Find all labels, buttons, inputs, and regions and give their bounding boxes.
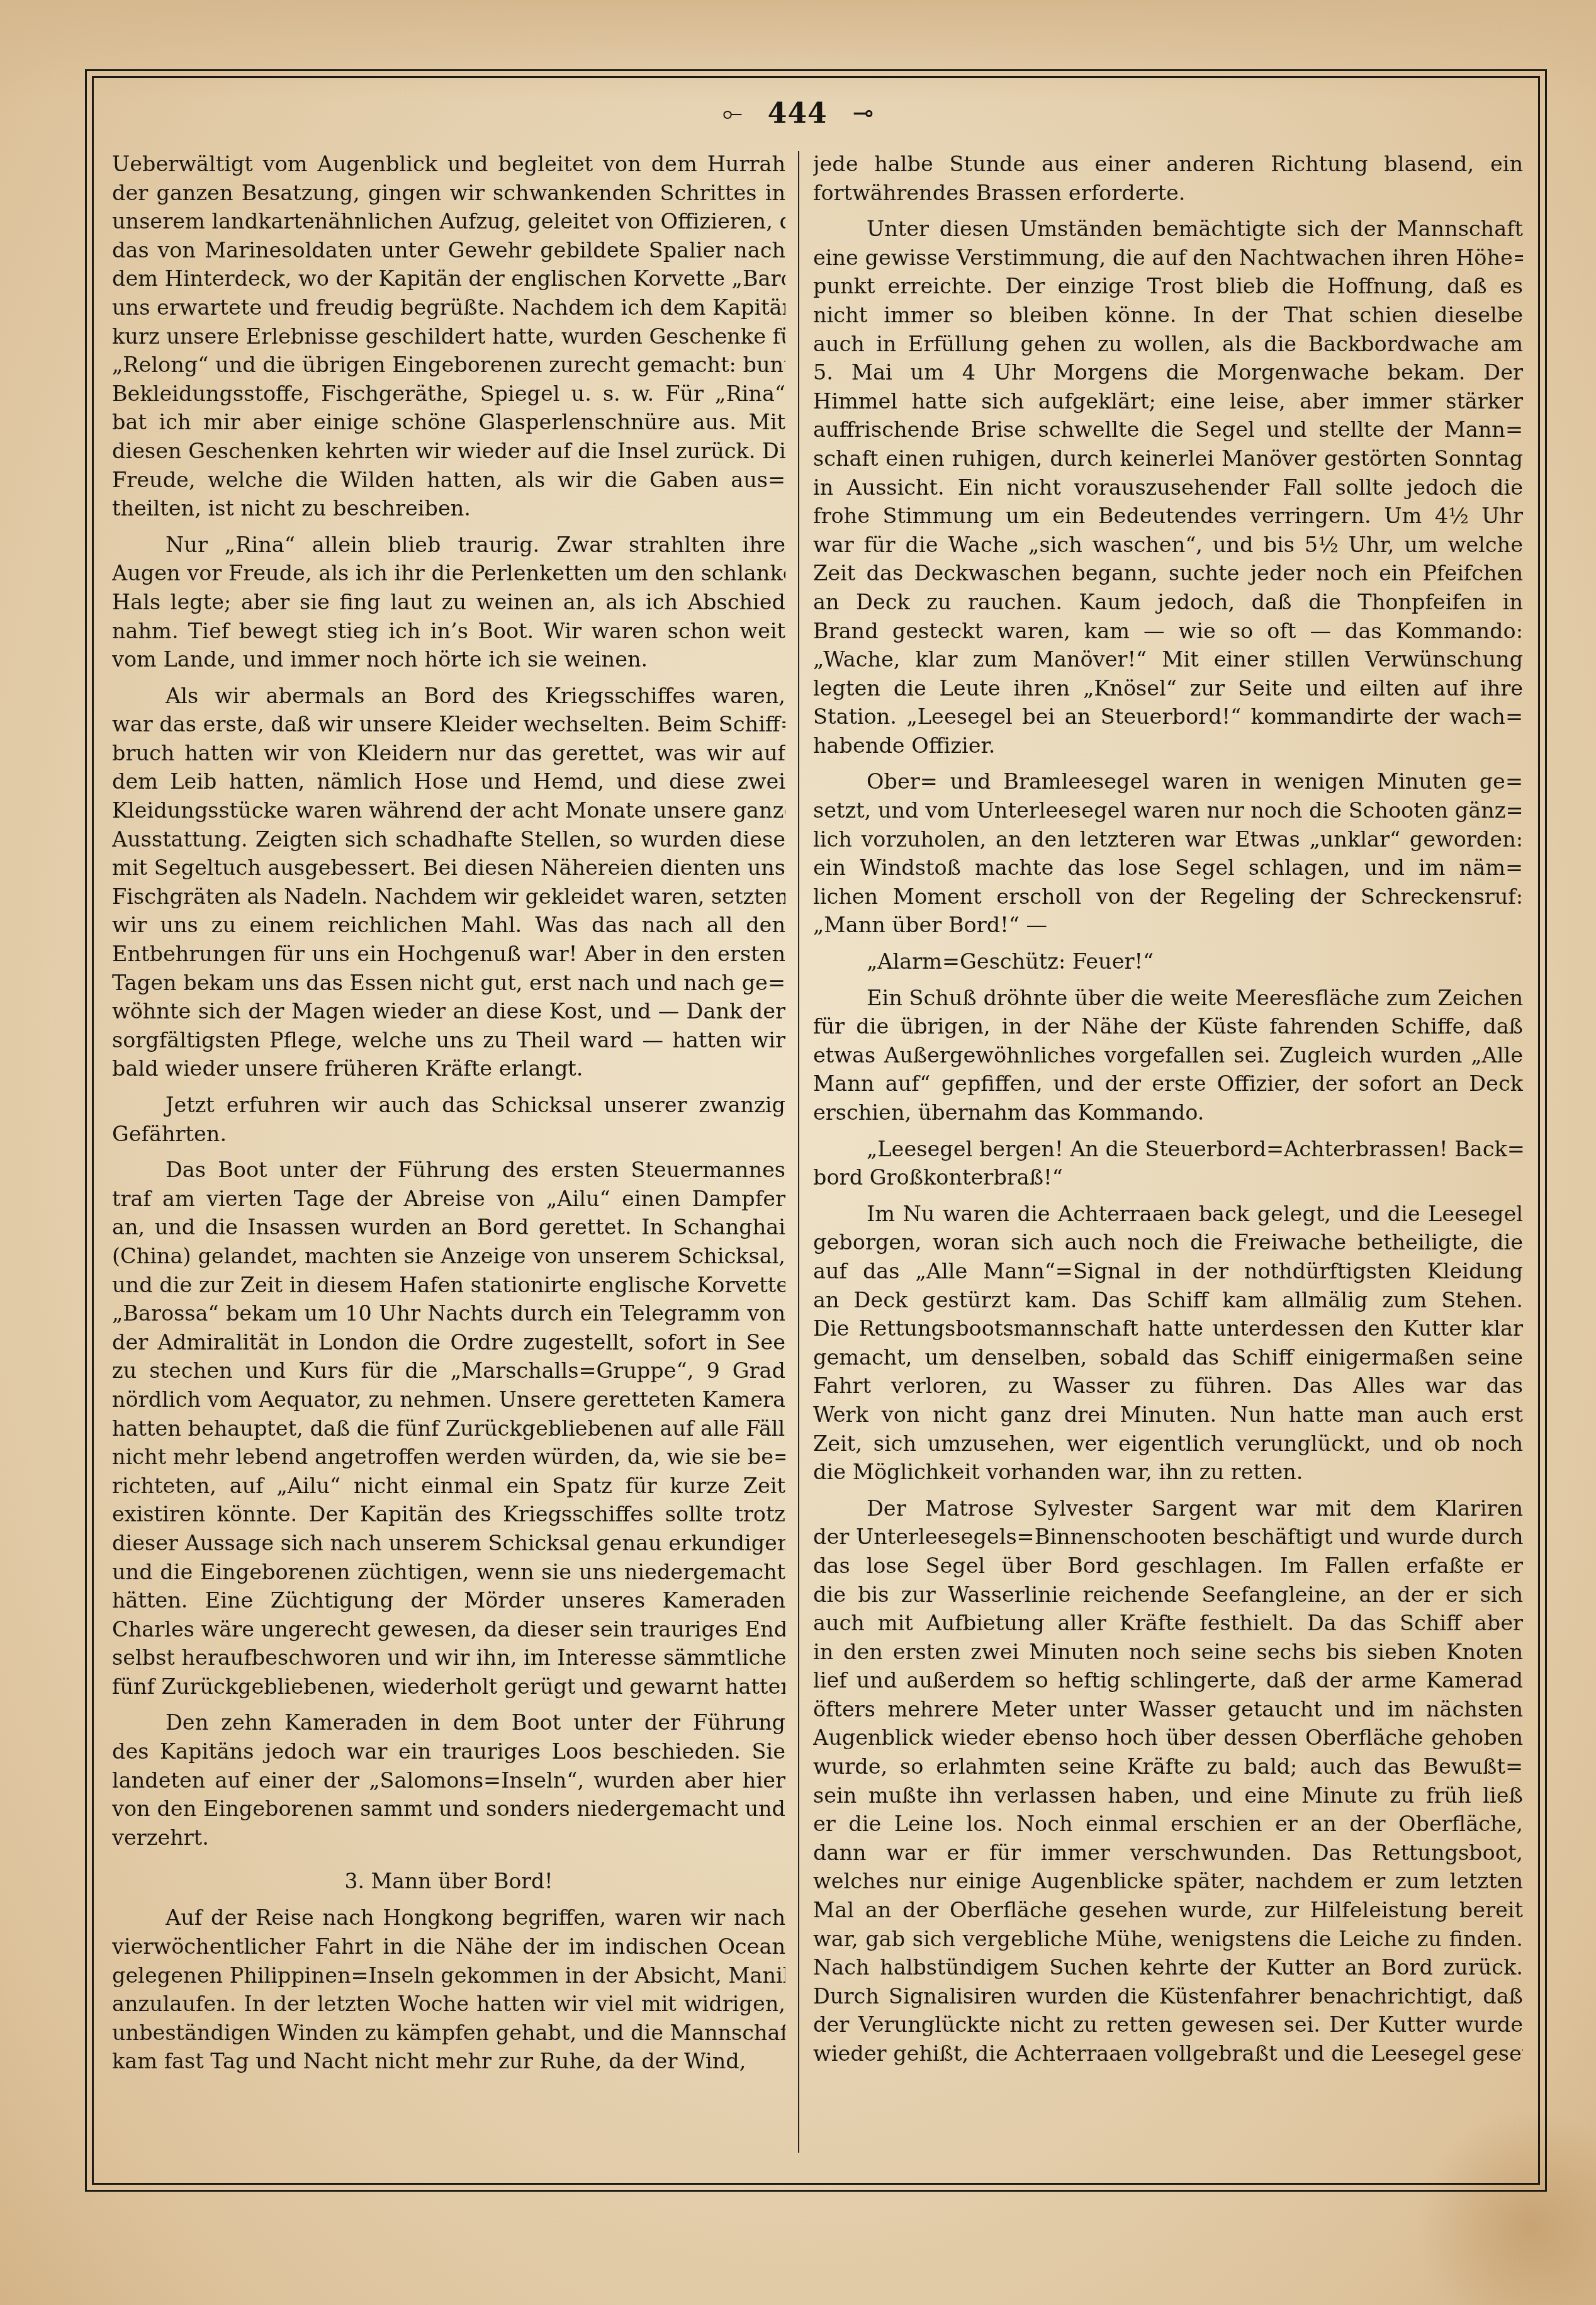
text-line: die bis zur Wasserlinie reichende Seefan… bbox=[813, 1581, 1523, 1609]
text-line: bat ich mir aber einige schöne Glasperle… bbox=[112, 408, 785, 437]
text-line: unbeständigen Winden zu kämpfen gehabt, … bbox=[112, 2019, 785, 2048]
paragraph-gap bbox=[813, 940, 1523, 947]
text-line: er die Leine los. Noch einmal erschien e… bbox=[813, 1810, 1523, 1839]
text-line: dieser Aussage sich nach unserem Schicks… bbox=[112, 1529, 785, 1558]
text-line: dann war er für immer verschwunden. Das … bbox=[813, 1839, 1523, 1868]
ornament-left-icon: ⟜ bbox=[722, 101, 743, 126]
text-line: schaft einen ruhigen, durch keinerlei Ma… bbox=[813, 444, 1523, 473]
right-column: jede halbe Stunde aus einer anderen Rich… bbox=[813, 150, 1523, 2076]
text-line: vom Lande, und immer noch hörte ich sie … bbox=[112, 645, 785, 674]
text-line: Die Rettungsbootsmannschaft hatte unterd… bbox=[813, 1314, 1523, 1343]
text-line: Gefährten. bbox=[112, 1120, 785, 1149]
page-header: ⟜ 444 ⊸ bbox=[0, 91, 1596, 135]
column-divider bbox=[798, 151, 799, 2153]
text-line: lichen Moment erscholl von der Regeling … bbox=[813, 882, 1523, 911]
text-line: Als wir abermals an Bord des Kriegsschif… bbox=[112, 682, 785, 711]
text-line: lief und außerdem so heftig schlingerte,… bbox=[813, 1666, 1523, 1695]
text-line: sorgfältigsten Pflege, welche uns zu The… bbox=[112, 1026, 785, 1055]
text-line: Kleidungsstücke waren während der acht M… bbox=[112, 796, 785, 825]
text-line: Freude, welche die Wilden hatten, als wi… bbox=[112, 466, 785, 495]
text-line: Den zehn Kameraden in dem Boot unter der… bbox=[112, 1708, 785, 1737]
text-line: und die zur Zeit in diesem Hafen station… bbox=[112, 1271, 785, 1300]
text-line: anzulaufen. In der letzten Woche hatten … bbox=[112, 1990, 785, 2019]
text-line: diesen Geschenken kehrten wir wieder auf… bbox=[112, 437, 785, 466]
paragraph-gap bbox=[813, 976, 1523, 984]
text-line: Augen vor Freude, als ich ihr die Perlen… bbox=[112, 559, 785, 588]
paragraph-gap bbox=[112, 1148, 785, 1156]
text-line: legten die Leute ihren „Knösel“ zur Seit… bbox=[813, 674, 1523, 703]
text-line: an Deck gestürzt kam. Das Schiff kam all… bbox=[813, 1286, 1523, 1315]
text-line: Brand gesteckt waren, kam — wie so oft —… bbox=[813, 617, 1523, 646]
section-heading: 3. Mann über Bord! bbox=[112, 1859, 785, 1903]
text-line: welches nur einige Augenblicke später, n… bbox=[813, 1867, 1523, 1896]
text-line: Augenblick wieder ebenso hoch über desse… bbox=[813, 1723, 1523, 1752]
text-line: der Unterleesegels=Binnenschooten beschä… bbox=[813, 1523, 1523, 1552]
text-line: verzehrt. bbox=[112, 1823, 785, 1852]
text-line: war für die Wache „sich waschen“, und bi… bbox=[813, 531, 1523, 560]
text-line: Zeit, sich umzusehen, wer eigentlich ver… bbox=[813, 1429, 1523, 1458]
text-line: „Leesegel bergen! An die Steuerbord=Acht… bbox=[813, 1135, 1523, 1164]
text-line: war, gab sich vergebliche Mühe, wenigste… bbox=[813, 1925, 1523, 1954]
text-line: gelegenen Philippinen=Inseln gekommen in… bbox=[112, 1961, 785, 1990]
text-line: und die Eingeborenen züchtigen, wenn sie… bbox=[112, 1558, 785, 1587]
text-line: das von Marinesoldaten unter Gewehr gebi… bbox=[112, 236, 785, 265]
text-line: Ober= und Bramleesegel waren in wenigen … bbox=[813, 767, 1523, 796]
text-line: Charles wäre ungerecht gewesen, da diese… bbox=[112, 1615, 785, 1644]
text-line: Fischgräten als Nadeln. Nachdem wir gekl… bbox=[112, 882, 785, 911]
text-line: wöhnte sich der Magen wieder an diese Ko… bbox=[112, 997, 785, 1026]
text-line: an, und die Insassen wurden an Bord gere… bbox=[112, 1213, 785, 1242]
text-line: wir uns zu einem reichlichen Mahl. Was d… bbox=[112, 911, 785, 940]
text-line: 5. Mai um 4 Uhr Morgens die Morgenwache … bbox=[813, 358, 1523, 387]
text-line: eine gewisse Verstimmung, die auf den Na… bbox=[813, 244, 1523, 273]
text-line: dem Leib hatten, nämlich Hose und Hemd, … bbox=[112, 767, 785, 796]
text-line: theilten, ist nicht zu beschreiben. bbox=[112, 494, 785, 523]
text-line: wurde, so erlahmten seine Kräfte zu bald… bbox=[813, 1752, 1523, 1781]
text-line: in den ersten zwei Minuten noch seine se… bbox=[813, 1638, 1523, 1667]
text-line: von den Eingeborenen sammt und sonders n… bbox=[112, 1795, 785, 1823]
text-line: Jetzt erfuhren wir auch das Schicksal un… bbox=[112, 1091, 785, 1120]
text-line: Nur „Rina“ allein blieb traurig. Zwar st… bbox=[112, 531, 785, 560]
text-line: bruch hatten wir von Kleidern nur das ge… bbox=[112, 739, 785, 768]
text-line: öfters mehrere Meter unter Wasser getauc… bbox=[813, 1695, 1523, 1724]
text-line: Durch Signalisiren wurden die Küstenfahr… bbox=[813, 1982, 1523, 2011]
text-line: kam fast Tag und Nacht nicht mehr zur Ru… bbox=[112, 2047, 785, 2076]
paragraph-gap bbox=[112, 1701, 785, 1708]
text-line: punkt erreichte. Der einzige Trost blieb… bbox=[813, 272, 1523, 301]
text-line: auch mit Aufbietung aller Kräfte festhie… bbox=[813, 1609, 1523, 1638]
text-line: dem Hinterdeck, wo der Kapitän der engli… bbox=[112, 264, 785, 293]
text-line: „Mann über Bord!“ — bbox=[813, 911, 1523, 940]
text-line: fortwährendes Brassen erforderte. bbox=[813, 179, 1523, 208]
text-line: sein mußte ihn verlassen haben, und eine… bbox=[813, 1781, 1523, 1810]
text-line: wieder gehißt, die Achterraaen vollgebra… bbox=[813, 2039, 1523, 2068]
text-line: Entbehrungen für uns ein Hochgenuß war! … bbox=[112, 940, 785, 969]
text-line: Station. „Leesegel bei an Steuerbord!“ k… bbox=[813, 702, 1523, 731]
text-line: uns erwartete und freudig begrüßte. Nach… bbox=[112, 293, 785, 322]
text-line: richteten, auf „Ailu“ nicht einmal ein S… bbox=[112, 1472, 785, 1501]
text-line: der Verunglückte nicht zu retten gewesen… bbox=[813, 2010, 1523, 2039]
text-line: hatten behauptet, daß die fünf Zurückgeb… bbox=[112, 1414, 785, 1443]
text-line: Mal an der Oberfläche gesehen wurde, zur… bbox=[813, 1896, 1523, 1925]
text-line: nördlich vom Aequator, zu nehmen. Unsere… bbox=[112, 1385, 785, 1414]
text-line: Ueberwältigt vom Augenblick und begleite… bbox=[112, 150, 785, 179]
text-line: hätten. Eine Züchtigung der Mörder unser… bbox=[112, 1586, 785, 1615]
text-line: „Alarm=Geschütz: Feuer!“ bbox=[813, 947, 1523, 976]
text-line: „Barossa“ bekam um 10 Uhr Nachts durch e… bbox=[112, 1299, 785, 1328]
text-line: bald wieder unsere früheren Kräfte erlan… bbox=[112, 1054, 785, 1083]
text-line: für die übrigen, in der Nähe der Küste f… bbox=[813, 1012, 1523, 1041]
text-line: Zeit das Deckwaschen begann, suchte jede… bbox=[813, 559, 1523, 588]
text-line: Im Nu waren die Achterraaen back gelegt,… bbox=[813, 1200, 1523, 1229]
text-line: der Admiralität in London die Ordre zuge… bbox=[112, 1328, 785, 1357]
paragraph-gap bbox=[112, 523, 785, 531]
text-line: „Relong“ und die übrigen Eingeborenen zu… bbox=[112, 351, 785, 380]
text-line: des Kapitäns jedoch war ein trauriges Lo… bbox=[112, 1737, 785, 1766]
text-line: nicht immer so bleiben könne. In der Tha… bbox=[813, 301, 1523, 330]
text-line: Fahrt verloren, zu Wasser zu führen. Das… bbox=[813, 1372, 1523, 1400]
text-line: Himmel hatte sich aufgeklärt; eine leise… bbox=[813, 387, 1523, 416]
text-line: nahm. Tief bewegt stieg ich in’s Boot. W… bbox=[112, 617, 785, 646]
text-line: zu stechen und Kurs für die „Marschalls=… bbox=[112, 1356, 785, 1385]
text-line: war das erste, daß wir unsere Kleider we… bbox=[112, 710, 785, 739]
paragraph-gap bbox=[813, 2068, 1523, 2076]
text-line: das lose Segel über Bord geschlagen. Im … bbox=[813, 1552, 1523, 1581]
page-number: 444 bbox=[768, 98, 828, 130]
text-line: etwas Außergewöhnliches vorgefallen sei.… bbox=[813, 1041, 1523, 1070]
text-line: Bekleidungsstoffe, Fischgeräthe, Spiegel… bbox=[112, 380, 785, 409]
text-line: landeten auf einer der „Salomons=Inseln“… bbox=[112, 1766, 785, 1795]
text-line: frohe Stimmung um ein Bedeutendes verrin… bbox=[813, 502, 1523, 531]
text-line: nicht mehr lebend angetroffen werden wür… bbox=[112, 1443, 785, 1472]
text-line: (China) gelandet, machten sie Anzeige vo… bbox=[112, 1242, 785, 1271]
text-line: ein Windstoß machte das lose Segel schla… bbox=[813, 854, 1523, 882]
text-line: jede halbe Stunde aus einer anderen Rich… bbox=[813, 150, 1523, 179]
text-line: Mann auf“ gepfiffen, und der erste Offiz… bbox=[813, 1069, 1523, 1098]
text-line: Der Matrose Sylvester Sargent war mit de… bbox=[813, 1494, 1523, 1523]
paragraph-gap bbox=[112, 1083, 785, 1091]
text-line: Werk von nicht ganz drei Minuten. Nun ha… bbox=[813, 1400, 1523, 1429]
text-line: Das Boot unter der Führung des ersten St… bbox=[112, 1156, 785, 1185]
text-line: Tagen bekam uns das Essen nicht gut, ers… bbox=[112, 969, 785, 998]
left-column: Ueberwältigt vom Augenblick und begleite… bbox=[112, 150, 785, 2076]
text-line: vierwöchentlicher Fahrt in die Nähe der … bbox=[112, 1932, 785, 1961]
text-line: der ganzen Besatzung, gingen wir schwank… bbox=[112, 179, 785, 208]
text-line: fünf Zurückgebliebenen, wiederholt gerüg… bbox=[112, 1672, 785, 1701]
text-line: „Wache, klar zum Manöver!“ Mit einer sti… bbox=[813, 645, 1523, 674]
text-line: lich vorzuholen, an den letzteren war Et… bbox=[813, 825, 1523, 854]
text-line: mit Segeltuch ausgebessert. Bei diesen N… bbox=[112, 854, 785, 882]
text-line: Unter diesen Umständen bemächtigte sich … bbox=[813, 215, 1523, 244]
text-line: setzt, und vom Unterleesegel waren nur n… bbox=[813, 796, 1523, 825]
text-line: an Deck zu rauchen. Kaum jedoch, daß die… bbox=[813, 588, 1523, 617]
text-line: auf das „Alle Mann“=Signal in der nothdü… bbox=[813, 1257, 1523, 1286]
text-line: geborgen, woran sich auch noch die Freiw… bbox=[813, 1228, 1523, 1257]
text-line: die Möglichkeit vorhanden war, ihn zu re… bbox=[813, 1458, 1523, 1487]
text-line: Hals legte; aber sie fing laut zu weinen… bbox=[112, 588, 785, 617]
text-line: gemacht, um denselben, sobald das Schiff… bbox=[813, 1343, 1523, 1372]
text-line: habende Offizier. bbox=[813, 731, 1523, 760]
text-line: bord Großkonterbraß!“ bbox=[813, 1163, 1523, 1192]
paragraph-gap bbox=[813, 1192, 1523, 1200]
ornament-right-icon: ⊸ bbox=[853, 101, 874, 126]
paragraph-gap bbox=[112, 674, 785, 682]
text-line: auffrischende Brise schwellte die Segel … bbox=[813, 415, 1523, 444]
text-line: kurz unsere Erlebnisse geschildert hatte… bbox=[112, 322, 785, 351]
text-line: Ausstattung. Zeigten sich schadhafte Ste… bbox=[112, 825, 785, 854]
paragraph-gap bbox=[813, 207, 1523, 215]
text-line: in Aussicht. Ein nicht vorauszusehender … bbox=[813, 473, 1523, 502]
text-line: unserem landkartenähnlichen Aufzug, gele… bbox=[112, 207, 785, 236]
paragraph-gap bbox=[112, 1852, 785, 1859]
text-line: Ein Schuß dröhnte über die weite Meeresf… bbox=[813, 984, 1523, 1013]
text-line: existiren könnte. Der Kapitän des Kriegs… bbox=[112, 1500, 785, 1529]
text-line: Nach halbstündigem Suchen kehrte der Kut… bbox=[813, 1953, 1523, 1982]
text-line: erschien, übernahm das Kommando. bbox=[813, 1098, 1523, 1127]
text-line: traf am vierten Tage der Abreise von „Ai… bbox=[112, 1185, 785, 1214]
text-line: auch in Erfüllung gehen zu wollen, als d… bbox=[813, 330, 1523, 359]
text-line: Auf der Reise nach Hongkong begriffen, w… bbox=[112, 1903, 785, 1932]
paragraph-gap bbox=[813, 1127, 1523, 1135]
paragraph-gap bbox=[813, 1487, 1523, 1494]
paragraph-gap bbox=[813, 760, 1523, 767]
text-line: selbst heraufbeschworen und wir ihn, im … bbox=[112, 1643, 785, 1672]
